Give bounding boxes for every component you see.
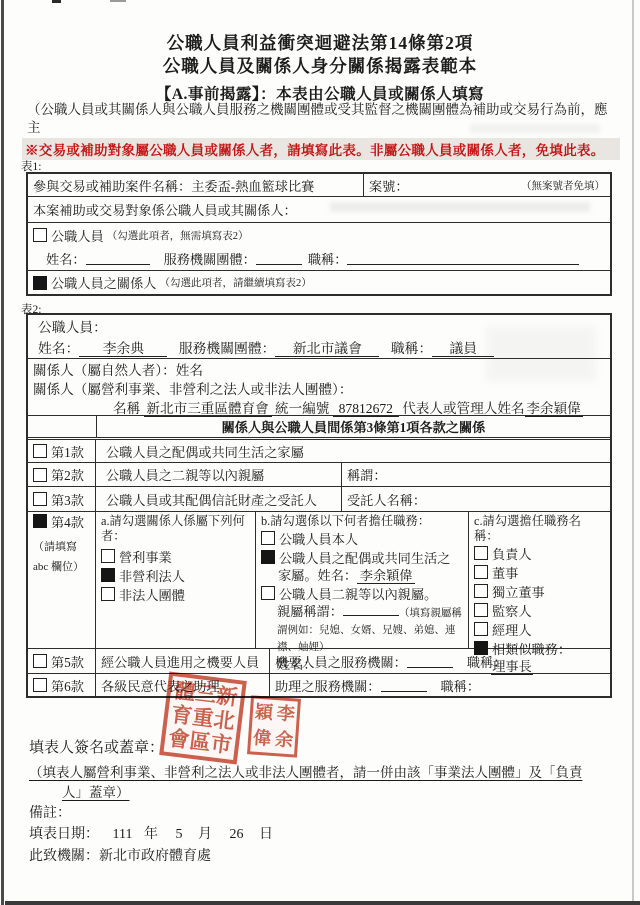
clause4-a-heading: a.請勾選關係人係屬下列何者： (101, 514, 250, 544)
checkbox-supervisor (474, 603, 488, 617)
checkbox-clause5 (33, 654, 47, 668)
clause1-stub: 第1款 (28, 440, 96, 462)
table1-official-option-row: 公職人員 （勾選此項者，無需填寫表2） (28, 223, 610, 247)
clause3-extra: 受託人名稱： (342, 487, 610, 511)
clause4-check-line: 第4款 (33, 514, 90, 531)
form-header: 公職人員利益衝突迴避法第14條第2項 公職人員及關係人身分關係揭露表範本 【A.… (0, 33, 640, 104)
option-unincorporated-label: 非法人團體 (119, 588, 185, 603)
scan-bottom-edge (5, 901, 640, 905)
official-identity-line: 姓名：李余典 服務機關團體：新北市議會 職稱：議員 (38, 338, 605, 359)
clause2-label: 第2款 (51, 465, 84, 484)
clause5-label: 第5款 (51, 652, 84, 671)
related-natural-line: 關係人（屬自然人者）：姓名 (33, 361, 605, 380)
date-month-unit: 月 (198, 827, 212, 842)
entity-uid-value: 87812672 (333, 401, 399, 417)
title-label: 職稱： (391, 341, 432, 356)
clause6-title-label: 職稱： (441, 676, 481, 695)
clause5-stub: 第5款 (28, 649, 96, 673)
official-org-label: 服務機關團體： (164, 249, 256, 268)
name-seal-char-top-left: 穎 (252, 699, 276, 725)
clause3-stub: 第3款 (28, 487, 96, 511)
clause4-b-heading: b.請勾選係以下何者擔任職務： (261, 514, 463, 529)
org-value: 新北市議會 (275, 341, 379, 357)
org-label: 服務機關團體： (179, 341, 276, 356)
clause5-extra: 機要人員之服務機關：職稱： (270, 649, 610, 673)
clause3-label: 第3款 (51, 490, 84, 509)
table2-related-cell: 關係人（屬自然人者）：姓名 關係人（屬營利事業、非營利之法人或非法人團體）： 名… (28, 359, 610, 416)
entity-name-value: 新北市三重區體育會 (144, 401, 272, 417)
spouse-family-name-value: 李余穎偉 (357, 568, 415, 584)
option-related-person-note: （勾選此項者，請繼續填寫表2） (160, 275, 312, 290)
official-title-blank (347, 252, 579, 265)
relation-header-title: 關係人與公職人員間係第3條第1項各款之關係 (97, 416, 610, 437)
clause5-row: 第5款 經公職人員進用之機要人員 機要人員之服務機關：職稱： (28, 649, 610, 674)
clause1-label: 第1款 (51, 442, 84, 461)
option-related-person-label: 公職人員之關係人 (51, 273, 157, 292)
option-manager-label: 經理人 (492, 623, 532, 638)
checkbox-spouse-family (261, 550, 275, 564)
clause1-desc: 公職人員之配偶或共同生活之家屬 (96, 440, 610, 462)
checkbox-manager (474, 622, 488, 636)
kinship-label: 親屬稱謂： (277, 604, 343, 619)
clause4-sublabel1: （請填寫 (33, 538, 90, 554)
official-org-blank (256, 252, 302, 265)
checkbox-profit-business (101, 549, 115, 563)
checkbox-related-person (33, 276, 47, 290)
checkbox-clause1 (33, 444, 47, 458)
checkbox-clause3 (33, 492, 47, 506)
warning-banner: ※交易或補助對象屬公職人員或關係人者，請填寫此表。非屬公職人員或關係人者，免填此… (22, 138, 620, 160)
clause4-c-heading: c.請勾選擔任職務名稱： (474, 514, 605, 544)
clause6-extra: 助理之服務機關：職稱： (270, 674, 610, 696)
clause2-extra: 稱謂： (342, 463, 610, 486)
option-independent-director-label: 獨立董事 (492, 585, 545, 600)
clause4-col-a: a.請勾選關係人係屬下列何者： 營利事業 非營利法人 非法人團體 (96, 512, 256, 648)
clause6-agency-label: 助理之服務機關： (275, 676, 381, 695)
option-public-official-label: 公職人員 (51, 226, 104, 245)
scan-speck (52, 0, 61, 3)
checkbox-responsible-person (474, 546, 488, 560)
scan-right-edge (632, 0, 634, 905)
official-title-label: 職稱： (308, 249, 348, 268)
table1-official-fields-row: 姓名： 服務機關團體： 職稱： (28, 247, 610, 271)
option-official-self-label: 公職人員本人 (279, 532, 358, 547)
case-name-cell: 參與交易或補助案件名稱：主委盃-熱血籃球比賽 (28, 174, 364, 196)
org-stamp-seal: 體育會 三重區 新北市 (159, 672, 247, 765)
checkbox-nonprofit-legal-person (101, 568, 115, 582)
option-supervisor-label: 監察人 (492, 604, 532, 619)
table1-subject-row: 本案補助或交易對象係公職人員或其關係人： (28, 197, 610, 223)
table1-related-option-row: 公職人員之關係人 （勾選此項者，請繼續填寫表2） (28, 271, 610, 294)
date-label: 填表日期： (29, 827, 99, 842)
entity-rep-label: 代表人或管理人姓名 (402, 401, 524, 416)
sign-note-line2: 人」蓋章） (62, 781, 130, 801)
case-name-label: 參與交易或補助案件名稱： (33, 176, 191, 195)
option-relative-label: 公職人員二親等以內親屬。 (279, 587, 437, 602)
clause4-stub: 第4款 （請填寫 abc 欄位） (28, 512, 96, 648)
sign-note-line1: （填表人屬營利事業、非營利之法人或非法人團體者，請一併由該「事業法人團體」及「負… (29, 761, 583, 781)
related-entity-line: 關係人（屬營利事業、非營利之法人或非法人團體）： (33, 380, 605, 399)
remarks-label: 備註： (29, 802, 71, 822)
scan-speck (110, 0, 126, 2)
table2: 公職人員： 姓名：李余典 服務機關團體：新北市議會 職稱：議員 關係人（屬自然人… (26, 313, 612, 698)
official-name-blank (86, 252, 150, 265)
option-profit-business-label: 營利事業 (119, 550, 172, 565)
option-nonprofit-label: 非營利法人 (119, 569, 185, 584)
clause4-col-c: c.請勾選擔任職務名稱： 負責人 董事 獨立董事 監察人 經理人 相類似職務：理… (469, 512, 610, 648)
scanned-form-page: 公職人員利益衝突迴避法第14條第2項 公職人員及關係人身分關係揭露表範本 【A.… (0, 0, 640, 905)
official-header: 公職人員： (38, 317, 605, 338)
agency-line: 此致機關：新北市政府體育處 (29, 845, 211, 865)
option-director-label: 董事 (492, 566, 518, 581)
clause4-c-option-manager: 經理人 (474, 622, 605, 639)
table1: 參與交易或補助案件名稱：主委盃-熱血籃球比賽 案號： （無案號者免填） 本案補助… (26, 172, 612, 296)
clause4-label: 第4款 (51, 515, 84, 530)
table2-official-cell: 公職人員： 姓名：李余典 服務機關團體：新北市議會 職稱：議員 (28, 315, 610, 359)
clause1-row: 第1款 公職人員之配偶或共同生活之家屬 (28, 440, 610, 463)
clause4-b-option-spouse: 公職人員之配偶或共同生活之家屬。姓名：李余穎偉 (261, 550, 463, 584)
clause4-row: 第4款 （請填寫 abc 欄位） a.請勾選關係人係屬下列何者： 營利事業 非營… (28, 512, 610, 649)
checkbox-second-degree-relative (261, 586, 275, 600)
clause3-row: 第3款 公職人員或其配偶信託財產之受託人 受託人名稱： (28, 487, 610, 512)
scan-left-edge (1, 0, 4, 905)
clause2-stub: 第2款 (28, 463, 96, 486)
clause5-desc: 經公職人員進用之機要人員 (96, 649, 270, 673)
date-day-unit: 日 (259, 827, 273, 842)
relation-header-stub (28, 416, 97, 437)
name-value: 李余典 (79, 341, 167, 357)
clause6-row: 第6款 各級民意代表之助理 助理之服務機關：職稱： (28, 674, 610, 696)
entity-rep-value: 李余穎偉 (525, 401, 583, 417)
agency-value: 新北市政府體育處 (99, 849, 211, 864)
case-number-cell: 案號： （無案號者免填） (364, 174, 610, 196)
clause4-c-option-supervisor: 監察人 (474, 603, 605, 620)
clause2-row: 第2款 公職人員之二親等以內親屬 稱謂： (28, 463, 610, 487)
clause2-desc: 公職人員之二親等以內親屬 (96, 463, 342, 486)
case-number-note: （無案號者免填） (521, 178, 605, 193)
clause4-c-option-responsible: 負責人 (474, 546, 605, 563)
form-title-line1: 公職人員利益衝突迴避法第14條第2項 (0, 33, 640, 54)
clause4-b-option-relative: 公職人員二親等以內親屬。 (261, 586, 463, 603)
kinship-blank (343, 603, 399, 616)
clause5-title-label: 職稱： (467, 652, 507, 671)
date-year: 111 (113, 827, 133, 842)
date-year-unit: 年 (144, 827, 158, 842)
name-stamp-seal: 穎 李 偉 余 (247, 695, 301, 757)
fill-date-line: 填表日期： 111 年 5 月 26 日 (29, 823, 273, 843)
date-day: 26 (229, 827, 243, 842)
checkbox-unincorporated-group (101, 587, 115, 601)
entity-name-label: 名稱 (113, 401, 140, 416)
clause4-c-option-director: 董事 (474, 565, 605, 582)
table1-case-row: 參與交易或補助案件名稱：主委盃-熱血籃球比賽 案號： （無案號者免填） (28, 174, 610, 197)
name-seal-char-bottom-right: 余 (272, 727, 296, 753)
checkbox-official-self (261, 531, 275, 545)
subject-line: 本案補助或交易對象係公職人員或其關係人： (33, 200, 297, 219)
checkbox-director (474, 565, 488, 579)
title-value: 議員 (432, 341, 494, 357)
case-number-label: 案號： (369, 176, 409, 195)
clause6-stub: 第6款 (28, 674, 96, 696)
option-public-official-note: （勾選此項者，無需填寫表2） (107, 228, 249, 243)
checkbox-clause6 (33, 678, 47, 692)
clause4-a-option-unincorporated: 非法人團體 (101, 587, 250, 604)
sign-label: 填表人簽名或蓋章： (29, 736, 164, 757)
official-name-label: 姓名： (46, 249, 86, 268)
checkbox-independent-director (474, 584, 488, 598)
name-label: 姓名： (38, 341, 79, 356)
clause4-sublabel2: abc 欄位） (33, 558, 90, 574)
intro-line1: （公職人員或其關係人與公職人員服務之機關團體或受其監督之機關團體為補助或交易行為… (27, 101, 615, 137)
clause4-b-option-self: 公職人員本人 (261, 531, 463, 548)
agency-label: 此致機關： (29, 849, 99, 864)
clause4-a-option-nonprofit: 非營利法人 (101, 568, 250, 585)
clause4-col-b: b.請勾選係以下何者擔任職務： 公職人員本人 公職人員之配偶或共同生活之家屬。姓… (256, 512, 469, 648)
checkbox-public-official (33, 228, 47, 242)
clause4-a-option-profit: 營利事業 (101, 549, 250, 566)
case-name-value: 主委盃-熱血籃球比賽 (191, 176, 314, 195)
option-responsible-label: 負責人 (492, 547, 532, 562)
clause5-agency-blank (407, 655, 453, 668)
checkbox-clause2 (33, 468, 47, 482)
name-seal-char-top-right: 李 (274, 701, 298, 727)
entity-uid-label: 統一編號 (275, 401, 329, 416)
clause3-desc: 公職人員或其配偶信託財產之受託人 (96, 487, 342, 511)
checkbox-clause4 (33, 514, 47, 528)
clause6-label: 第6款 (51, 676, 84, 695)
relation-header-row: 關係人與公職人員間係第3條第1項各款之關係 (28, 416, 610, 440)
date-month: 5 (175, 827, 182, 842)
clause6-agency-blank (381, 679, 427, 692)
form-title-line2: 公職人員及關係人身分關係揭露表範本 (0, 56, 640, 77)
clause5-agency-label: 機要人員之服務機關： (275, 652, 407, 671)
clause4-c-option-independent-director: 獨立董事 (474, 584, 605, 601)
name-seal-char-bottom-left: 偉 (250, 726, 274, 752)
